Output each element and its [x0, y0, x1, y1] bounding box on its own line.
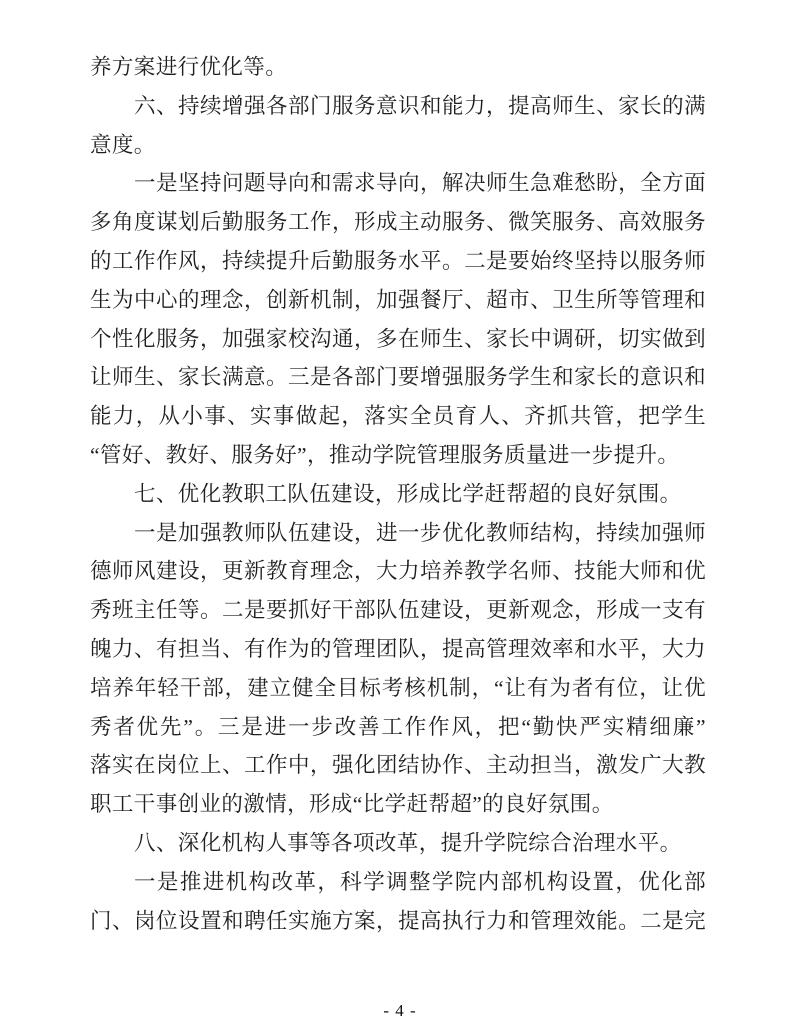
- text-line: 魄力、有担当、有作为的管理团队，提高管理效率和水平，大力: [90, 630, 706, 669]
- text-line: 个性化服务，加强家校沟通，多在师生、家长中调研，切实做到: [90, 320, 706, 359]
- text-line: 门、岗位设置和聘任实施方案，提高执行力和管理效能。二是完: [90, 902, 706, 941]
- text-line: 的工作作风，持续提升后勤服务水平。二是要始终坚持以服务师: [90, 242, 706, 281]
- text-line: 让师生、家长满意。三是各部门要增强服务学生和家长的意识和: [90, 358, 706, 397]
- text-line: 多角度谋划后勤服务工作，形成主动服务、微笑服务、高效服务: [90, 203, 706, 242]
- text-line: “管好、教好、服务好”，推动学院管理服务质量进一步提升。: [90, 436, 706, 475]
- text-line: 职工干事创业的激情，形成“比学赶帮超”的良好氛围。: [90, 785, 706, 824]
- text-line: 秀班主任等。二是要抓好干部队伍建设，更新观念，形成一支有: [90, 591, 706, 630]
- document-body: 养方案进行优化等。六、持续增强各部门服务意识和能力，提高师生、家长的满意度。一是…: [90, 48, 706, 940]
- text-line: 培养年轻干部，建立健全目标考核机制，“让有为者有位，让优: [90, 669, 706, 708]
- text-line: 一是加强教师队伍建设，进一步优化教师结构，持续加强师: [90, 514, 706, 553]
- text-line: 六、持续增强各部门服务意识和能力，提高师生、家长的满: [90, 87, 706, 126]
- text-line: 一是坚持问题导向和需求导向，解决师生急难愁盼，全方面: [90, 164, 706, 203]
- text-line: 落实在岗位上、工作中，强化团结协作、主动担当，激发广大教: [90, 746, 706, 785]
- text-line: 意度。: [90, 126, 706, 165]
- text-line: 一是推进机构改革，科学调整学院内部机构设置，优化部: [90, 863, 706, 902]
- text-line: 养方案进行优化等。: [90, 48, 706, 87]
- text-line: 八、深化机构人事等各项改革，提升学院综合治理水平。: [90, 824, 706, 863]
- text-line: 七、优化教职工队伍建设，形成比学赶帮超的良好氛围。: [90, 475, 706, 514]
- text-line: 德师风建设，更新教育理念，大力培养教学名师、技能大师和优: [90, 552, 706, 591]
- document-page: 养方案进行优化等。六、持续增强各部门服务意识和能力，提高师生、家长的满意度。一是…: [0, 0, 800, 1035]
- text-line: 秀者优先”。三是进一步改善工作作风，把“勤快严实精细廉”: [90, 708, 706, 747]
- page-number: - 4 -: [0, 1001, 800, 1021]
- text-line: 生为中心的理念，创新机制，加强餐厅、超市、卫生所等管理和: [90, 281, 706, 320]
- text-line: 能力，从小事、实事做起，落实全员育人、齐抓共管，把学生: [90, 397, 706, 436]
